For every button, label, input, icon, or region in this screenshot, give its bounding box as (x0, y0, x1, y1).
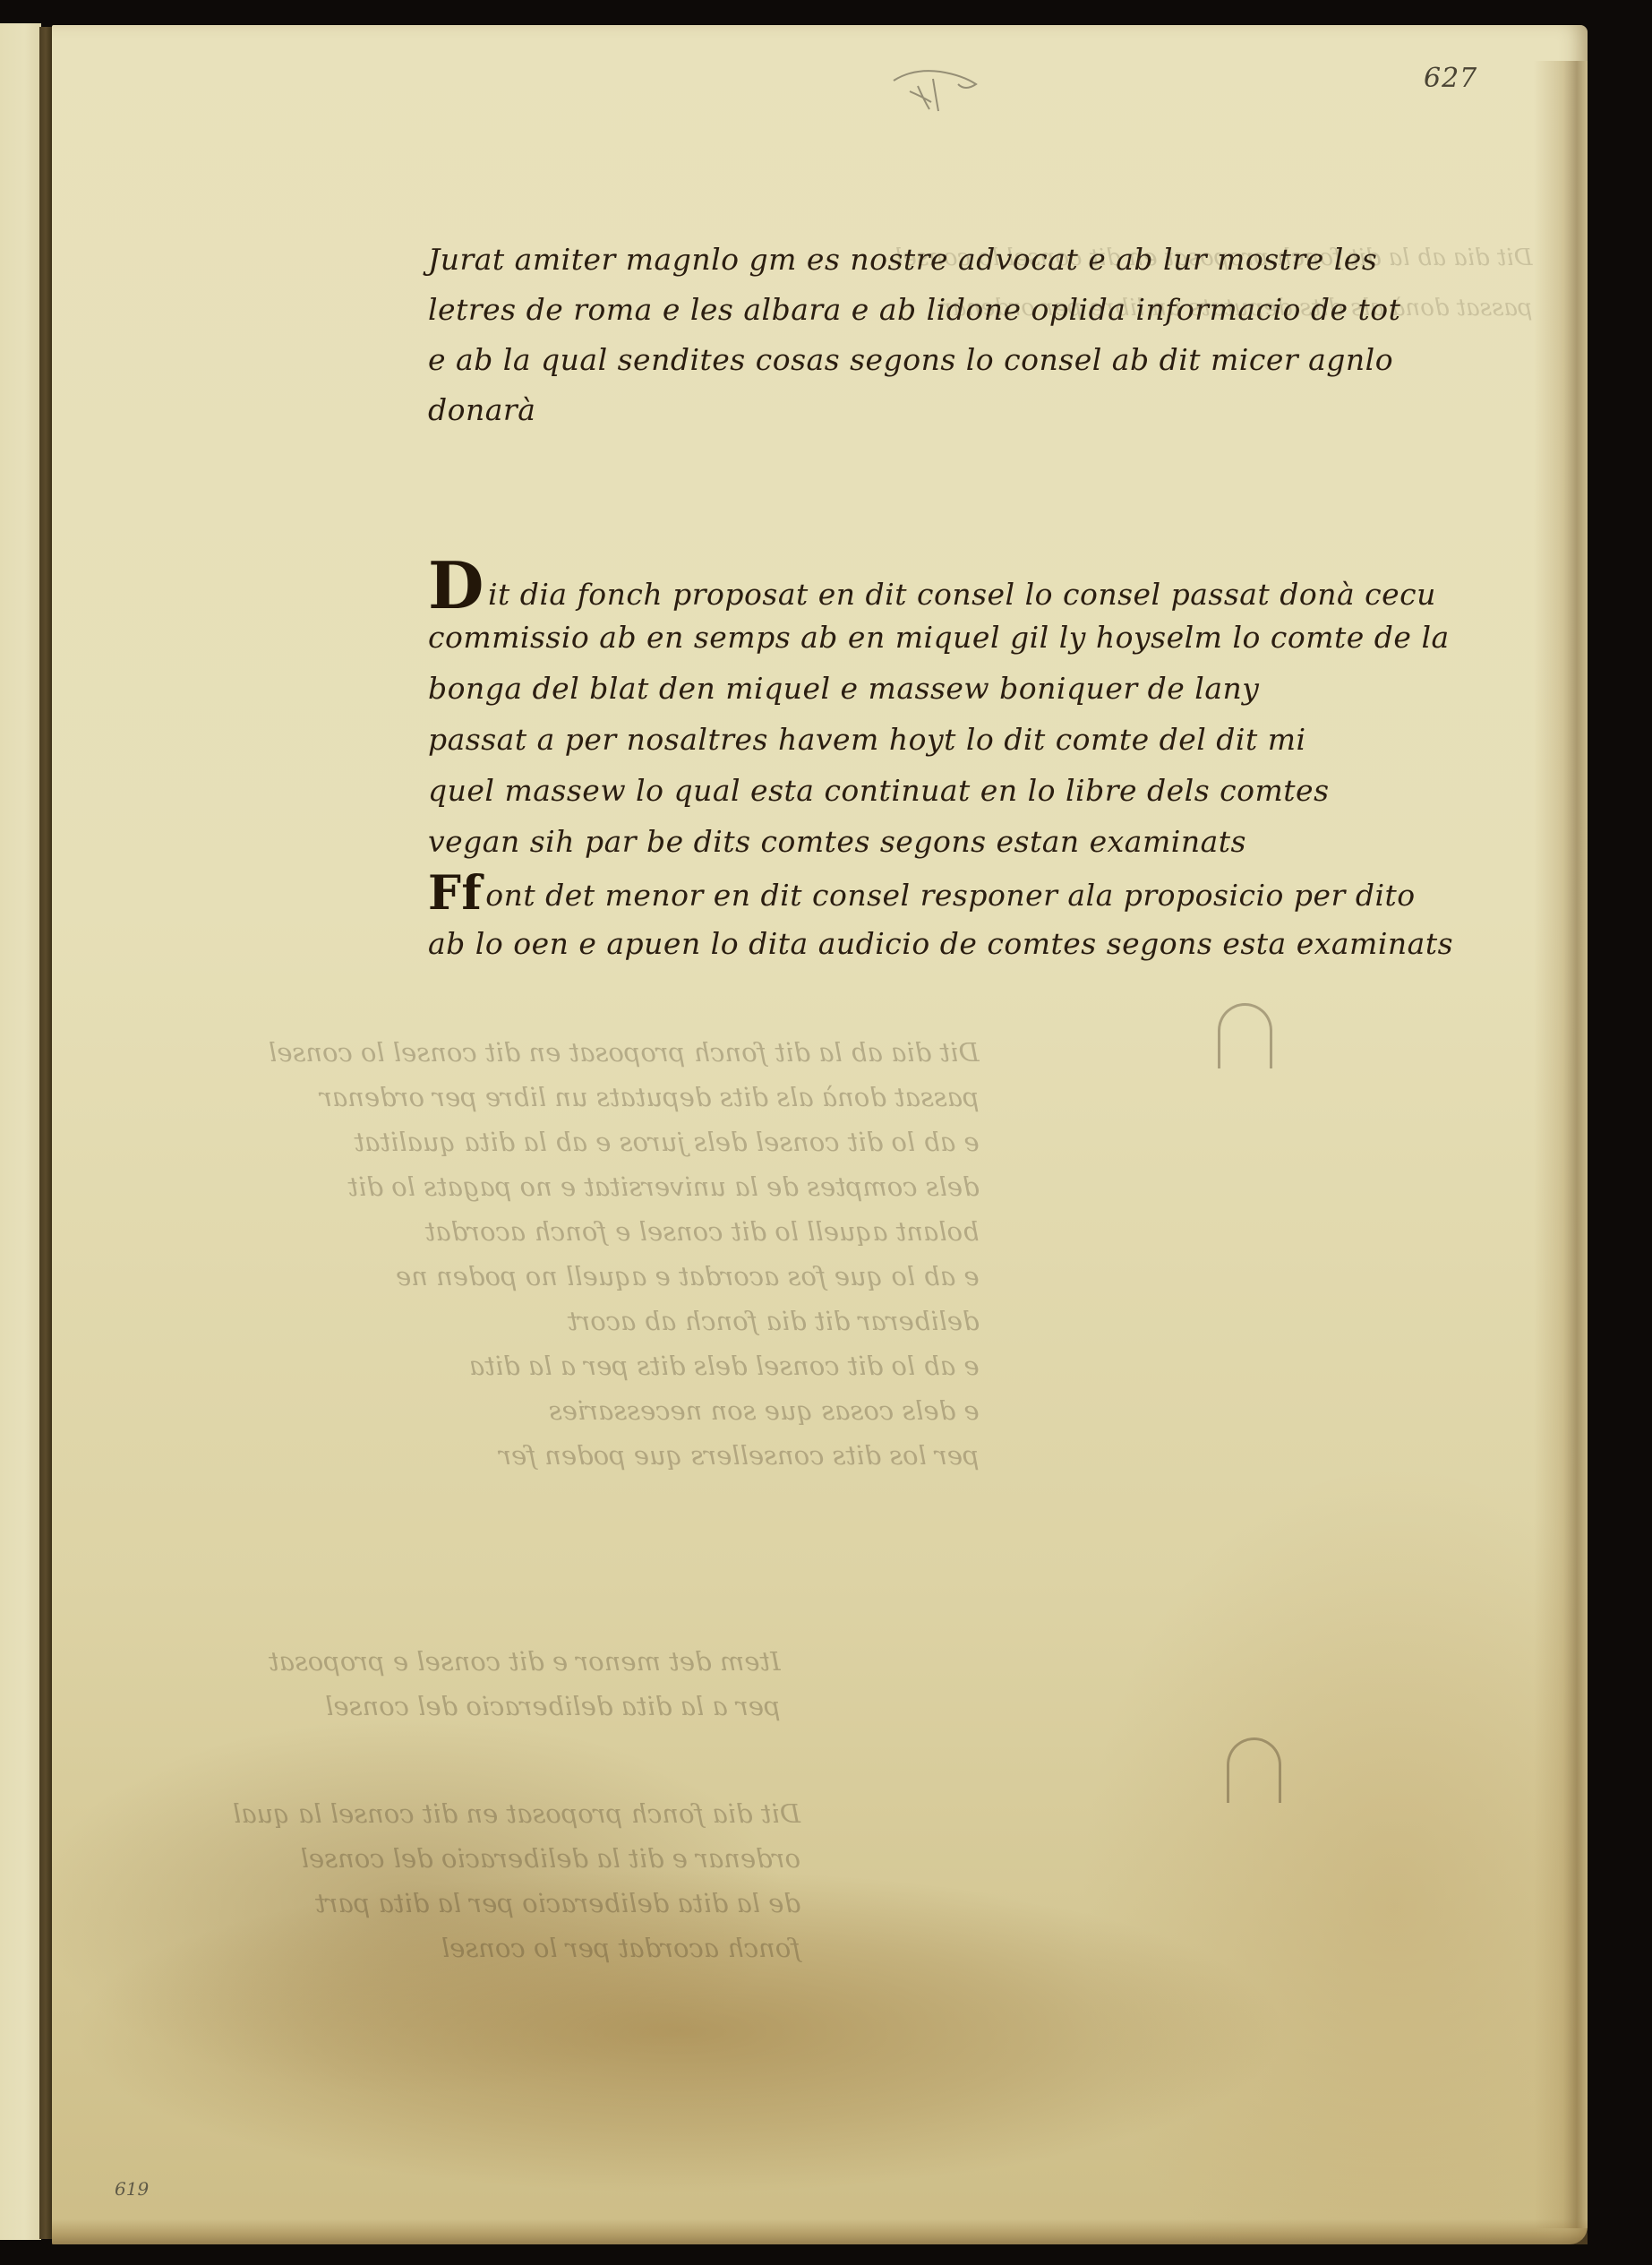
entry-line: quel massew lo qual esta continuat en lo… (428, 765, 1450, 816)
bleed-through-block-1: Dit dia ab la dit fonch proposat en dit … (269, 1030, 980, 1478)
bleed-through-block-2: Item det menor e dit consel e proposat p… (269, 1639, 781, 1729)
entry-line: passat a per nosaltres havem hoyt lo dit… (428, 714, 1450, 765)
folio-number-top: 627 (1424, 63, 1477, 94)
pencil-signature-icon (886, 64, 985, 118)
manuscript-entry-1: Jurat amiter magnlo gm es nostre advocat… (428, 235, 1400, 435)
manuscript-entry-2: Dit dia fonch proposat en dit consel lo … (428, 561, 1450, 867)
manuscript-entry-3: Ffont det menor en dit consel responer a… (428, 869, 1453, 969)
entry-line: ab lo oen e apuen lo dita audicio de com… (428, 919, 1453, 969)
bleed-initial-mark (1227, 1737, 1281, 1803)
document-viewer: 627 619 Dit dia ab la dit fonch proposat… (0, 0, 1652, 2265)
previous-page-edge (0, 23, 41, 2240)
bleed-through-block-3: Dit dia fonch proposat en dit consel la … (233, 1791, 800, 1970)
entry-line: Dit dia fonch proposat en dit consel lo … (428, 561, 1450, 612)
folio-edge-right (1534, 61, 1588, 2228)
entry-line: vegan sih par be dits comtes segons esta… (428, 816, 1450, 867)
entry-line: Jurat amiter magnlo gm es nostre advocat… (428, 235, 1400, 285)
decorated-initial: Ff (428, 866, 482, 921)
entry-line: commissio ab en semps ab en miquel gil l… (428, 612, 1450, 663)
entry-line: e ab la qual sendites cosas segons lo co… (428, 335, 1400, 385)
entry-line: Ffont det menor en dit consel responer a… (428, 869, 1453, 919)
folio-edge-bottom (52, 2219, 1588, 2244)
folio-number-bottom: 619 (115, 2178, 149, 2200)
binding-gutter (39, 27, 52, 2239)
entry-line: letres de roma e les albara e ab lidone … (428, 285, 1400, 335)
entry-line: donarà (428, 385, 1400, 435)
bleed-initial-mark (1218, 1003, 1272, 1068)
entry-line: bonga del blat den miquel e massew boniq… (428, 663, 1450, 714)
